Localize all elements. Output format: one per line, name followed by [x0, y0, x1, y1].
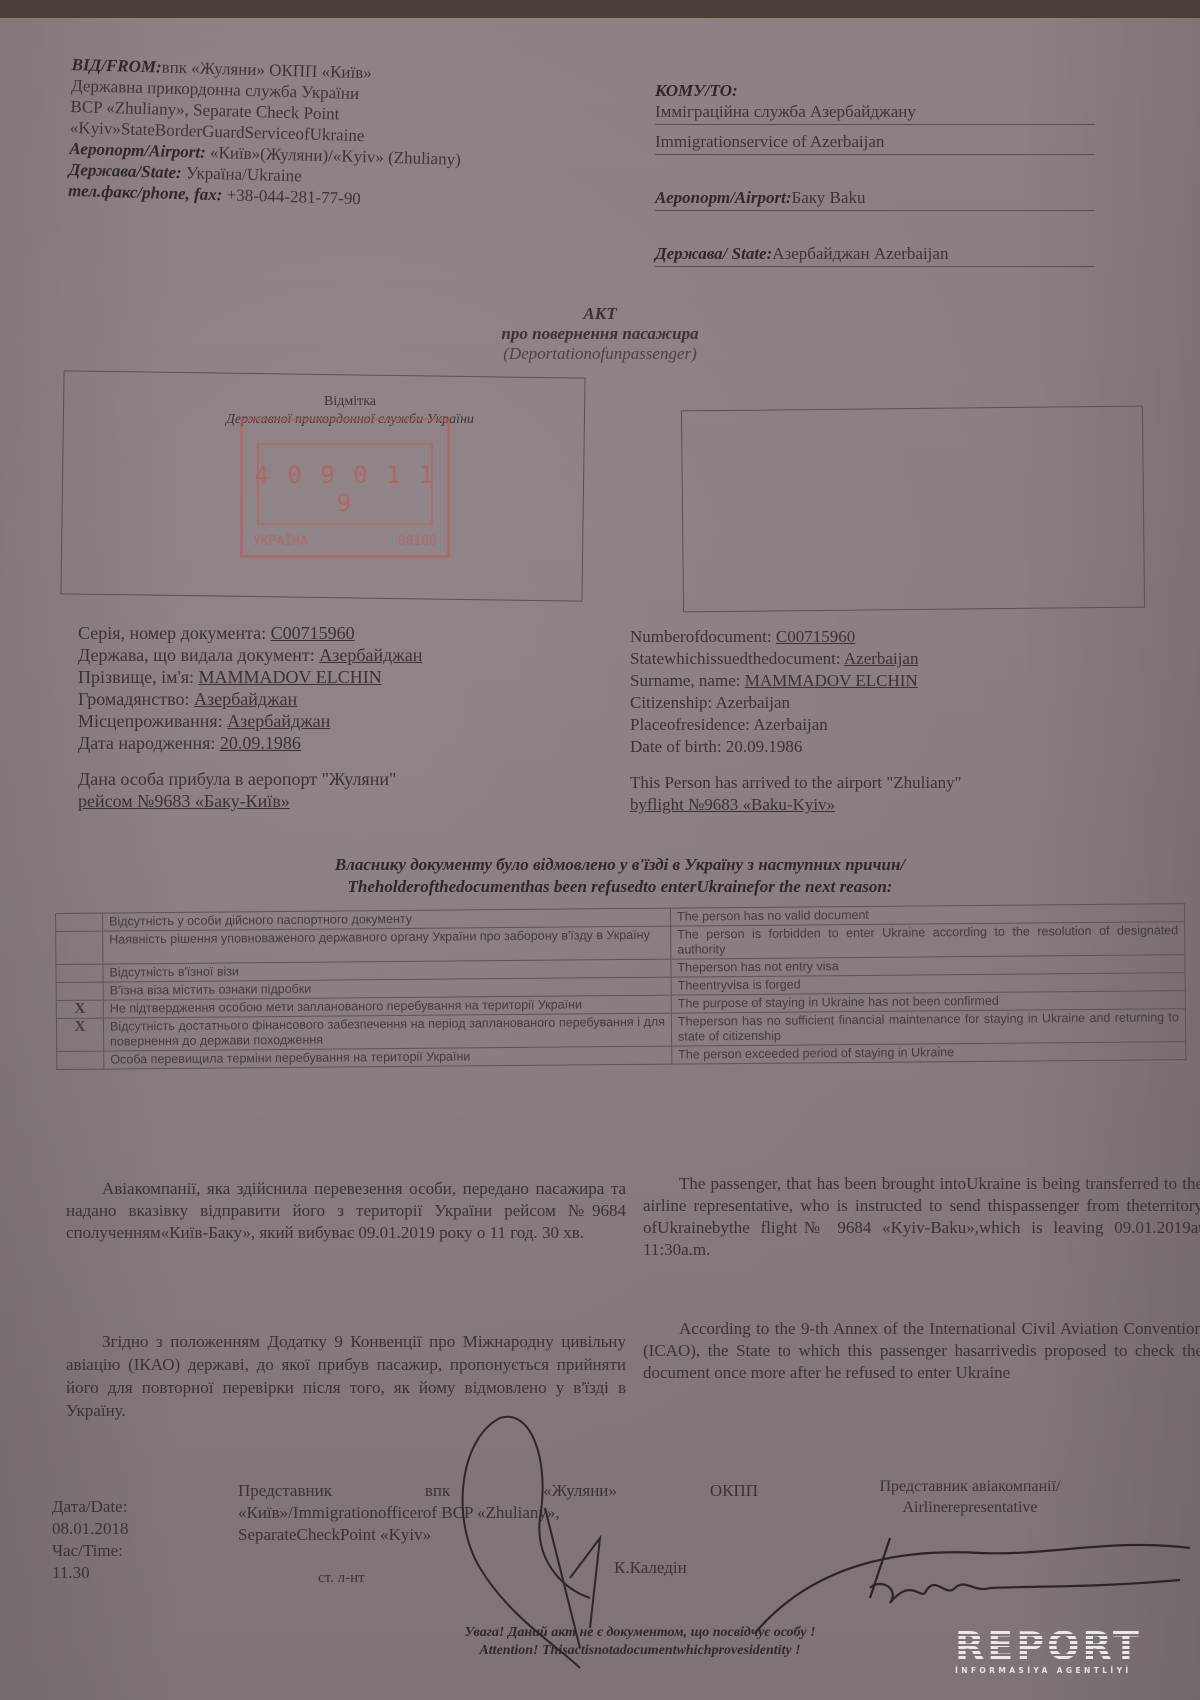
act-subtitle-en: (Deportationofunpassenger) — [400, 344, 800, 364]
reason-mark — [56, 982, 103, 1000]
document-title: АКТ про повернення пасажира (Deportation… — [400, 304, 800, 364]
airline-representative-block: Представник авіакомпанії/ Airlinereprese… — [820, 1476, 1120, 1518]
reason-mark — [56, 931, 103, 964]
from-state-value: Україна/Ukraine — [186, 163, 302, 185]
to-line-1: Імміграційна служба Азербайджану — [655, 101, 1095, 125]
reason-text-ua: Відсутність достатнього фінансового забе… — [103, 1013, 671, 1051]
icao-paragraph-ua: Згідно з положенням Додатку 9 Конвенції … — [66, 1330, 626, 1422]
document-sheet: ВІД/FROM:впк «Жуляни» ОКПП «Київ» Держав… — [0, 18, 1200, 1700]
citizenship-ua: Азербайджан — [194, 689, 297, 709]
arrival-ua-1: Дана особа прибула в аеропорт "Жуляни" — [78, 768, 598, 790]
reason-mark — [56, 913, 103, 931]
residence-label-en: Placeofresidence: — [630, 715, 750, 734]
reason-text-ua: Особа перевищила терміни перебування на … — [104, 1046, 672, 1069]
refusal-heading-en: Theholderofthedocumenthas been refusedto… — [180, 876, 1060, 898]
refusal-reasons-table: Відсутність у особи дійсного паспортного… — [55, 903, 1186, 1070]
reason-text-en: Theperson has no sufficient financial ma… — [671, 1009, 1185, 1046]
reason-mark — [56, 964, 103, 982]
refusal-heading-ua: Власнику документу було відмовлено у в'ї… — [180, 854, 1060, 876]
from-label: ВІД/FROM: — [71, 55, 162, 77]
red-border-stamp: 4 0 9 0 1 1 9 УКРАЇНА 00100 — [240, 418, 450, 558]
stamp-caption-1: Відмітка — [140, 393, 560, 411]
reason-text-en: The person exceeded period of staying in… — [672, 1042, 1186, 1064]
officer-word-3: «Жуляни» — [543, 1480, 617, 1502]
to-airport-label: Аеропорт/Airport: — [655, 188, 791, 207]
to-line-2: Immigrationservice of Azerbaijan — [655, 131, 1095, 155]
dob-label-en: Date of birth: — [630, 737, 722, 756]
officer-line-3: SeparateCheckPoint «Kyiv» — [238, 1524, 758, 1546]
officer-line-2: «Київ»/Immigrationofficerof BCP «Zhulian… — [238, 1502, 758, 1524]
residence-en: Azerbaijan — [753, 715, 828, 734]
name-label-ua: Прізвище, ім'я: — [78, 667, 194, 687]
from-phone-value: +38-044-281-77-90 — [226, 185, 361, 208]
residence-ua: Азербайджан — [227, 711, 330, 731]
dob-ua: 20.09.1986 — [220, 733, 301, 753]
issuing-state-label-en: Statewhichissuedthedocument: — [630, 649, 841, 668]
transfer-paragraph-ua: Авіакомпанії, яка здійснила перевезення … — [66, 1178, 626, 1244]
airline-label-en: Airlinerepresentative — [820, 1497, 1120, 1518]
doc-number-ua: C00715960 — [271, 623, 355, 643]
recipient-block: КОМУ/TO: Імміграційна служба Азербайджан… — [655, 80, 1095, 273]
officer-word-2: впк — [425, 1480, 450, 1502]
reason-mark: X — [56, 1000, 103, 1018]
to-label: КОМУ/TO: — [655, 80, 1095, 101]
issuing-state-en: Azerbaijan — [844, 649, 919, 668]
officer-name: К.Каледін — [614, 1558, 687, 1578]
name-ua: MAMMADOV ELCHIN — [199, 667, 382, 687]
refusal-heading: Власнику документу було відмовлено у в'ї… — [180, 854, 1060, 898]
officer-word-1: Представник — [238, 1480, 332, 1502]
icao-paragraph-en: According to the 9-th Annex of the Inter… — [643, 1318, 1200, 1384]
arrival-en-1: This Person has arrived to the airport "… — [630, 772, 1170, 794]
transfer-paragraph-en: The passenger, that has been brought int… — [643, 1173, 1200, 1261]
citizenship-label-ua: Громадянство: — [78, 689, 190, 709]
attention-en: Attention! Thisactisnotadocumentwhichpro… — [360, 1642, 920, 1660]
doc-number-label-en: Numberofdocument: — [630, 627, 772, 646]
officer-block: Представник впк «Жуляни» ОКПП «Київ»/Imm… — [238, 1480, 758, 1546]
reason-text-en: The person is forbidden to enter Ukraine… — [671, 922, 1185, 959]
officer-rank: ст. л-нт — [318, 1570, 365, 1587]
from-airport-label: Аеропорт/Airport: — [69, 139, 206, 162]
dob-label-ua: Дата народження: — [78, 733, 215, 753]
arrival-ua-2: рейсом №9683 «Баку-Київ» — [78, 790, 598, 812]
citizenship-label-en: Citizenship: — [630, 693, 712, 712]
act-title: АКТ — [400, 304, 800, 324]
stamp-bottom-left: УКРАЇНА — [253, 534, 308, 549]
to-state-value: Азербайджан Azerbaijan — [772, 244, 948, 263]
reason-text-ua: Наявність рішення уповноваженого державн… — [103, 926, 671, 964]
stamp-bottom-right: 00100 — [398, 534, 437, 549]
person-data-ua: Серія, номер документа: C00715960 Держав… — [78, 622, 598, 812]
doc-number-en: C00715960 — [776, 627, 855, 646]
to-airport-value: Баку Baku — [791, 188, 865, 207]
issuing-state-label-ua: Держава, що видала документ: — [78, 645, 315, 665]
date-label: Дата/Date: — [52, 1496, 192, 1518]
time-label: Час/Time: — [52, 1540, 192, 1562]
date-value: 08.01.2018 — [52, 1518, 192, 1540]
doc-number-label-ua: Серія, номер документа: — [78, 623, 266, 643]
from-state-label: Держава/State: — [69, 160, 183, 182]
name-label-en: Surname, name: — [630, 671, 740, 690]
dob-en: 20.09.1986 — [726, 737, 803, 756]
reason-mark: X — [56, 1018, 103, 1051]
arrival-en-2: byflight №9683 «Baku-Kyiv» — [630, 794, 1170, 816]
sender-block: ВІД/FROM:впк «Жуляни» ОКПП «Київ» Держав… — [68, 54, 532, 214]
from-phone-label: тел.факс/phone, fax: — [68, 181, 223, 204]
airline-signature — [750, 1508, 1200, 1638]
reason-mark — [57, 1051, 104, 1069]
officer-word-4: ОКПП — [710, 1480, 758, 1502]
attention-notice: Увага! Даний акт не є документом, що пос… — [360, 1624, 920, 1660]
airline-label-ua: Представник авіакомпанії/ — [820, 1476, 1120, 1497]
citizenship-en: Azerbaijan — [715, 693, 790, 712]
time-value: 11.30 — [52, 1562, 192, 1584]
stamp-code: 4 0 9 0 1 1 9 — [243, 461, 447, 517]
person-data-en: Numberofdocument: C00715960 Statewhichis… — [630, 626, 1170, 816]
issuing-state-ua: Азербайджан — [319, 645, 422, 665]
name-en: MAMMADOV ELCHIN — [745, 671, 918, 690]
attention-ua: Увага! Даний акт не є документом, що пос… — [360, 1624, 920, 1642]
airline-stamp-box — [681, 406, 1145, 613]
residence-label-ua: Місцепроживання: — [78, 711, 223, 731]
to-state-label: Держава/ State: — [655, 244, 772, 263]
act-subtitle-ua: про повернення пасажира — [400, 324, 800, 344]
report-watermark: REPORT İNFORMASİYA AGENTLİYİ — [955, 1626, 1165, 1675]
watermark-brand: REPORT — [955, 1626, 1165, 1666]
date-time-block: Дата/Date: 08.01.2018 Час/Time: 11.30 — [52, 1496, 192, 1584]
